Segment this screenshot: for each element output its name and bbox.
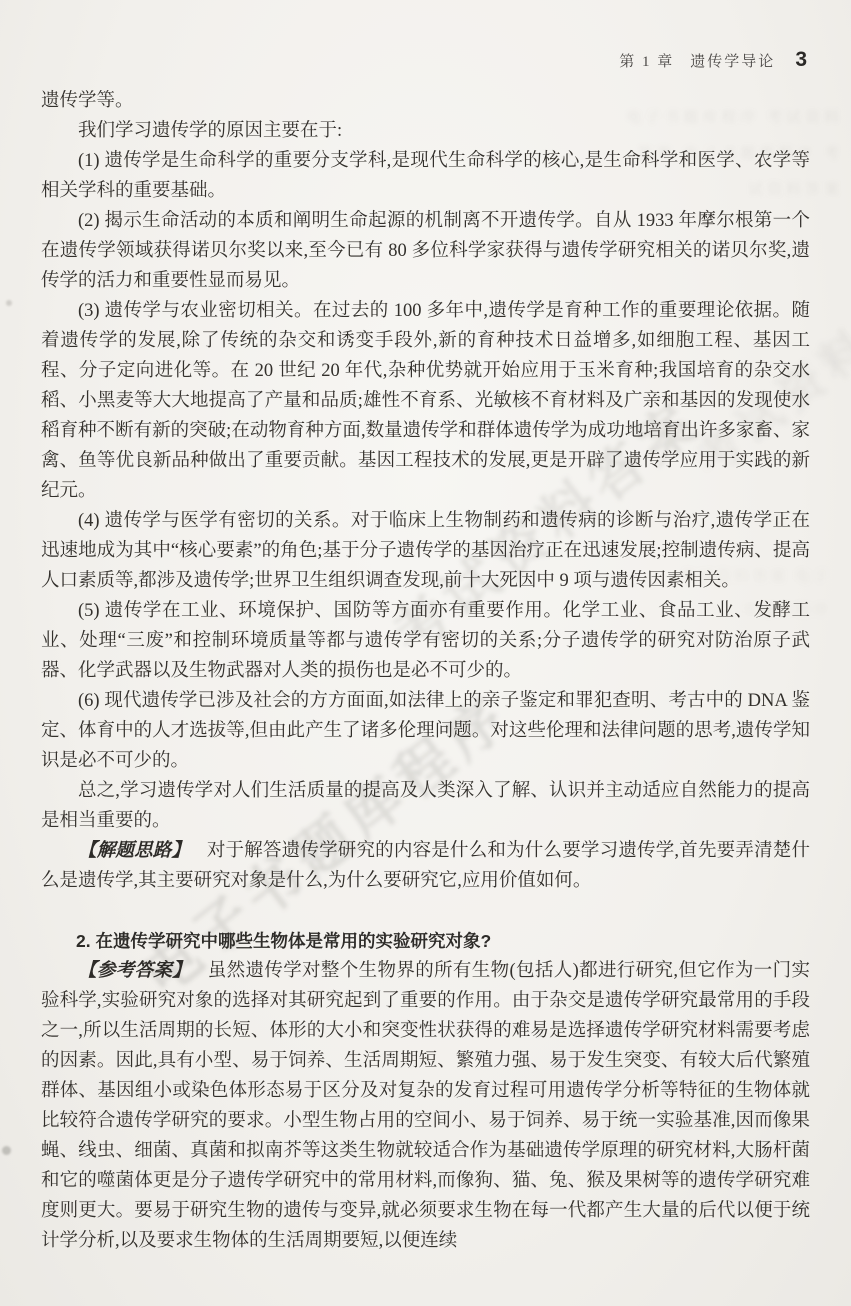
chapter-label: 第 1 章 xyxy=(619,50,674,71)
paragraph-intro: 我们学习遗传学的原因主要在于: xyxy=(41,116,810,146)
page-header: 第 1 章 遗传学导论 3 xyxy=(619,48,807,72)
reference-answer-label: 【参考答案】 xyxy=(78,961,191,981)
paragraph-summary: 总之,学习遗传学对人们生活质量的提高及人类深入了解、认识并主动适应自然能力的提高… xyxy=(41,776,810,836)
paragraph-solution-tips: 【解题思路】对于解答遗传学研究的内容是什么和为什么要学习遗传学,首先要弄清楚什么… xyxy=(41,836,810,896)
question-2-heading: 2. 在遗传学研究中哪些生物体是常用的实验研究对象? xyxy=(41,926,810,956)
reason-5: (5) 遗传学在工业、环境保护、国防等方面亦有重要作用。化学工业、食品工业、发酵… xyxy=(41,596,810,686)
paragraph-continuation: 遗传学等。 xyxy=(41,86,810,116)
scan-artifact xyxy=(6,300,12,306)
book-page: 第 1 章 遗传学导论 3 考试资料答案 电子书题库程序 考试资料答案 电子书题… xyxy=(0,0,851,1306)
scan-artifact xyxy=(2,1146,11,1155)
reference-answer-text: 虽然遗传学对整个生物界的所有生物(包括人)都进行研究,但它作为一门实验科学,实验… xyxy=(41,961,810,1251)
reason-1: (1) 遗传学是生命科学的重要分支学科,是现代生命科学的核心,是生命科学和医学、… xyxy=(41,146,810,206)
paragraph-reference-answer: 【参考答案】虽然遗传学对整个生物界的所有生物(包括人)都进行研究,但它作为一门实… xyxy=(41,956,810,1256)
reason-4: (4) 遗传学与医学有密切的关系。对于临床上生物制药和遗传病的诊断与治疗,遗传学… xyxy=(41,506,810,596)
section-title: 遗传学导论 xyxy=(690,50,775,71)
page-number: 3 xyxy=(795,48,807,72)
page-body: 遗传学等。 我们学习遗传学的原因主要在于: (1) 遗传学是生命科学的重要分支学… xyxy=(41,86,810,1256)
reason-2: (2) 揭示生命活动的本质和阐明生命起源的机制离不开遗传学。自从 1933 年摩… xyxy=(41,206,810,296)
reason-6: (6) 现代遗传学已涉及社会的方方面面,如法律上的亲子鉴定和罪犯查明、考古中的 … xyxy=(41,686,810,776)
reason-3: (3) 遗传学与农业密切相关。在过去的 100 多年中,遗传学是育种工作的重要理… xyxy=(41,296,810,506)
solution-tips-label: 【解题思路】 xyxy=(78,841,190,861)
